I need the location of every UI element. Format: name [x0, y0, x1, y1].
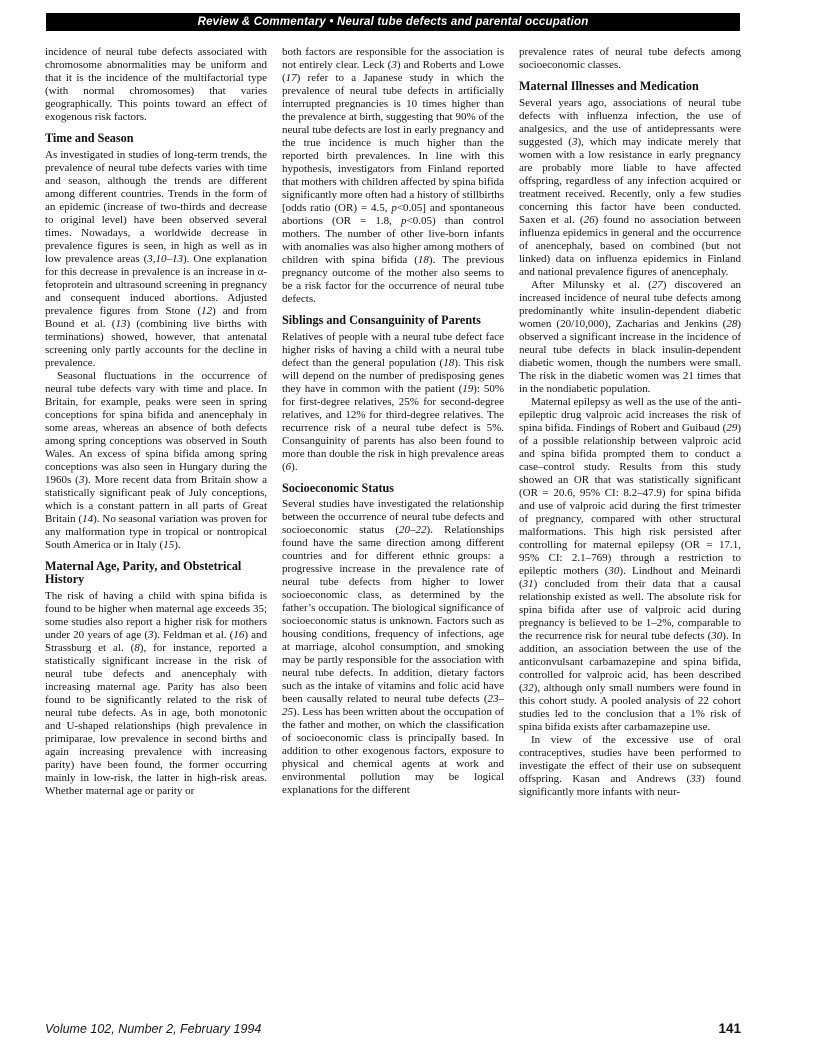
paragraph: The risk of having a child with spina bi…	[45, 590, 267, 798]
header-bar: Review & Commentary • Neural tube defect…	[46, 13, 740, 31]
column-right: prevalence rates of neural tube defects …	[519, 46, 741, 799]
paragraph: both factors are responsible for the ass…	[282, 46, 504, 306]
paragraph: Maternal epilepsy as well as the use of …	[519, 396, 741, 734]
header-title: Review & Commentary • Neural tube defect…	[198, 16, 589, 28]
paragraph: Relatives of people with a neural tube d…	[282, 331, 504, 474]
paragraph: incidence of neural tube defects associa…	[45, 46, 267, 124]
column-left: incidence of neural tube defects associa…	[45, 46, 267, 799]
paragraph: Several studies have investigated the re…	[282, 498, 504, 797]
paragraph: Seasonal fluctuations in the occurrence …	[45, 370, 267, 552]
section-heading: Siblings and Consanguinity of Parents	[282, 314, 504, 328]
section-heading: Maternal Age, Parity, and Obstetrical Hi…	[45, 560, 267, 587]
paragraph: In view of the excessive use of oral con…	[519, 734, 741, 799]
journal-page: Review & Commentary • Neural tube defect…	[0, 0, 816, 1060]
journal-volume-line: Volume 102, Number 2, February 1994	[45, 1022, 261, 1036]
section-heading: Time and Season	[45, 132, 267, 146]
section-heading: Socioeconomic Status	[282, 482, 504, 496]
column-middle: both factors are responsible for the ass…	[282, 46, 504, 799]
section-heading: Maternal Illnesses and Medication	[519, 80, 741, 94]
page-number: 141	[718, 1021, 741, 1036]
page-footer: Volume 102, Number 2, February 1994 141	[45, 1021, 741, 1036]
paragraph: After Milunsky et al. (27) discovered an…	[519, 279, 741, 396]
article-body: incidence of neural tube defects associa…	[45, 46, 741, 799]
paragraph: As investigated in studies of long-term …	[45, 149, 267, 370]
paragraph: prevalence rates of neural tube defects …	[519, 46, 741, 72]
paragraph: Several years ago, associations of neura…	[519, 97, 741, 279]
